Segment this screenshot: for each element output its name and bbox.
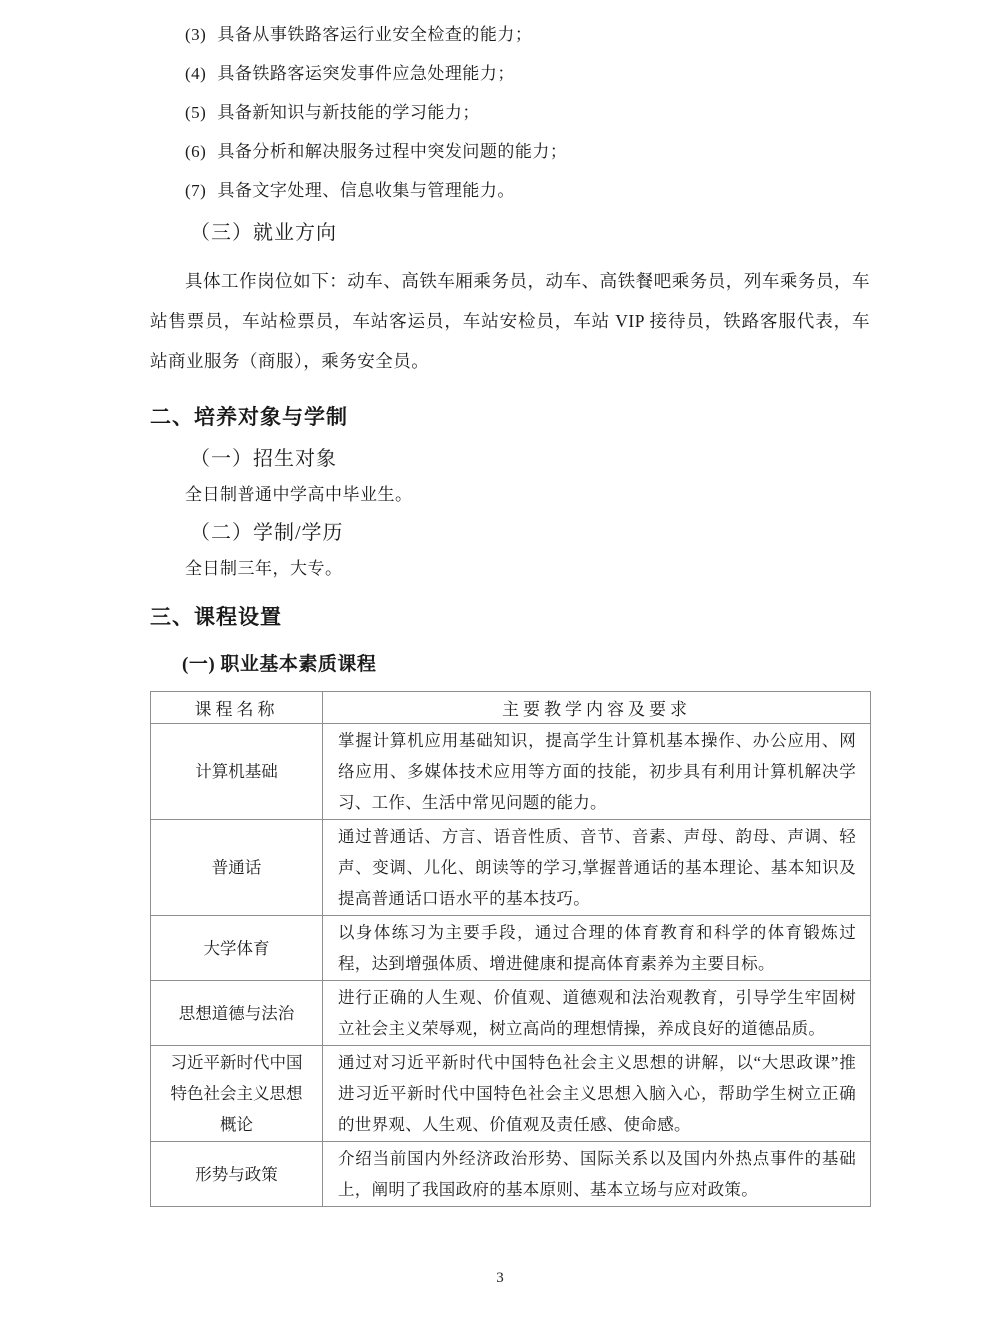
course-content-cell: 介绍当前国内外经济政治形势、国际关系以及国内外热点事件的基础上，阐明了我国政府的… bbox=[323, 1142, 871, 1207]
course-name-cell: 计算机基础 bbox=[151, 724, 323, 820]
heading-schooling-system: （二）学制/学历 bbox=[190, 521, 870, 545]
table-row: 形势与政策 介绍当前国内外经济政治形势、国际关系以及国内外热点事件的基础上，阐明… bbox=[151, 1142, 871, 1207]
list-item-number: (3) bbox=[185, 25, 206, 44]
enrollment-target-text: 全日制普通中学高中毕业生。 bbox=[185, 485, 870, 505]
course-content-cell: 通过普通话、方言、语音性质、音节、音素、声母、韵母、声调、轻声、变调、儿化、朗读… bbox=[323, 820, 871, 916]
list-item: (6)具备分析和解决服务过程中突发问题的能力； bbox=[185, 143, 870, 161]
heading-section-curriculum: 三、课程设置 bbox=[150, 605, 870, 631]
table-header-teaching-content: 主要教学内容及要求 bbox=[323, 692, 871, 724]
list-item: (7)具备文字处理、信息收集与管理能力。 bbox=[185, 182, 870, 200]
course-name-cell: 普通话 bbox=[151, 820, 323, 916]
page-number: 3 bbox=[0, 1270, 1000, 1287]
list-item-text: 具备文字处理、信息收集与管理能力。 bbox=[217, 181, 515, 200]
list-item: (3)具备从事铁路客运行业安全检查的能力； bbox=[185, 26, 870, 44]
list-item: (5)具备新知识与新技能的学习能力； bbox=[185, 104, 870, 122]
course-name-cell: 大学体育 bbox=[151, 916, 323, 981]
course-content-cell: 进行正确的人生观、价值观、道德观和法治观教育，引导学生牢固树立社会主义荣辱观，树… bbox=[323, 981, 871, 1046]
schooling-system-text: 全日制三年，大专。 bbox=[185, 559, 870, 579]
list-item-number: (7) bbox=[185, 181, 206, 200]
list-item-number: (4) bbox=[185, 64, 206, 83]
list-item-number: (5) bbox=[185, 103, 206, 122]
course-content-cell: 以身体练习为主要手段，通过合理的体育教育和科学的体育锻炼过程，达到增强体质、增进… bbox=[323, 916, 871, 981]
document-page: (3)具备从事铁路客运行业安全检查的能力； (4)具备铁路客运突发事件应急处理能… bbox=[0, 0, 1000, 1333]
list-item: (4)具备铁路客运突发事件应急处理能力； bbox=[185, 65, 870, 83]
heading-basic-quality-courses: (一) 职业基本素质课程 bbox=[182, 653, 870, 677]
table-row: 大学体育 以身体练习为主要手段，通过合理的体育教育和科学的体育锻炼过程，达到增强… bbox=[151, 916, 871, 981]
table-header-course-name: 课程名称 bbox=[151, 692, 323, 724]
list-item-text: 具备铁路客运突发事件应急处理能力； bbox=[217, 64, 515, 83]
list-item-text: 具备新知识与新技能的学习能力； bbox=[217, 103, 480, 122]
course-content-cell: 通过对习近平新时代中国特色社会主义思想的讲解，以“大思政课”推进习近平新时代中国… bbox=[323, 1046, 871, 1142]
course-name-cell: 形势与政策 bbox=[151, 1142, 323, 1207]
heading-section-training-targets: 二、培养对象与学制 bbox=[150, 405, 870, 431]
course-table: 课程名称 主要教学内容及要求 计算机基础 掌握计算机应用基础知识，提高学生计算机… bbox=[150, 691, 871, 1207]
list-item-number: (6) bbox=[185, 142, 206, 161]
course-name-cell: 思想道德与法治 bbox=[151, 981, 323, 1046]
employment-paragraph: 具体工作岗位如下：动车、高铁车厢乘务员，动车、高铁餐吧乘务员，列车乘务员，车站售… bbox=[150, 261, 870, 381]
course-name-cell: 习近平新时代中国特色社会主义思想概论 bbox=[151, 1046, 323, 1142]
table-row: 普通话 通过普通话、方言、语音性质、音节、音素、声母、韵母、声调、轻声、变调、儿… bbox=[151, 820, 871, 916]
list-item-text: 具备从事铁路客运行业安全检查的能力； bbox=[217, 25, 532, 44]
heading-enrollment-target: （一）招生对象 bbox=[190, 447, 870, 471]
table-row: 计算机基础 掌握计算机应用基础知识，提高学生计算机基本操作、办公应用、网络应用、… bbox=[151, 724, 871, 820]
table-row: 思想道德与法治 进行正确的人生观、价值观、道德观和法治观教育，引导学生牢固树立社… bbox=[151, 981, 871, 1046]
table-row: 习近平新时代中国特色社会主义思想概论 通过对习近平新时代中国特色社会主义思想的讲… bbox=[151, 1046, 871, 1142]
ability-list: (3)具备从事铁路客运行业安全检查的能力； (4)具备铁路客运突发事件应急处理能… bbox=[150, 26, 870, 200]
table-header-row: 课程名称 主要教学内容及要求 bbox=[151, 692, 871, 724]
heading-employment-direction: （三）就业方向 bbox=[190, 221, 870, 245]
list-item-text: 具备分析和解决服务过程中突发问题的能力； bbox=[217, 142, 567, 161]
course-content-cell: 掌握计算机应用基础知识，提高学生计算机基本操作、办公应用、网络应用、多媒体技术应… bbox=[323, 724, 871, 820]
